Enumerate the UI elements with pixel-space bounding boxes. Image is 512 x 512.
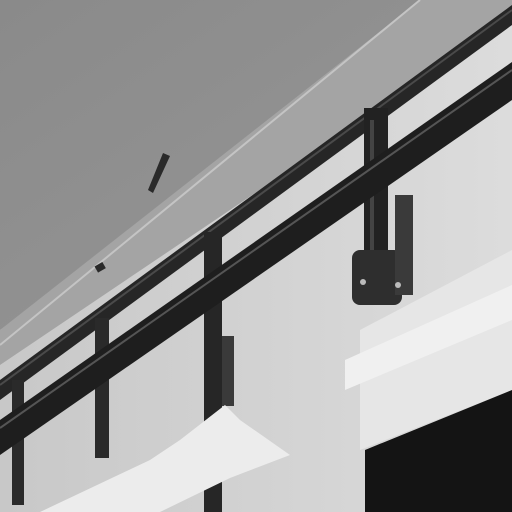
photo-scene xyxy=(0,0,512,512)
vertical-hanger xyxy=(95,318,109,458)
pipe-clamp-bracket xyxy=(222,336,234,406)
photo-canvas xyxy=(0,0,512,512)
